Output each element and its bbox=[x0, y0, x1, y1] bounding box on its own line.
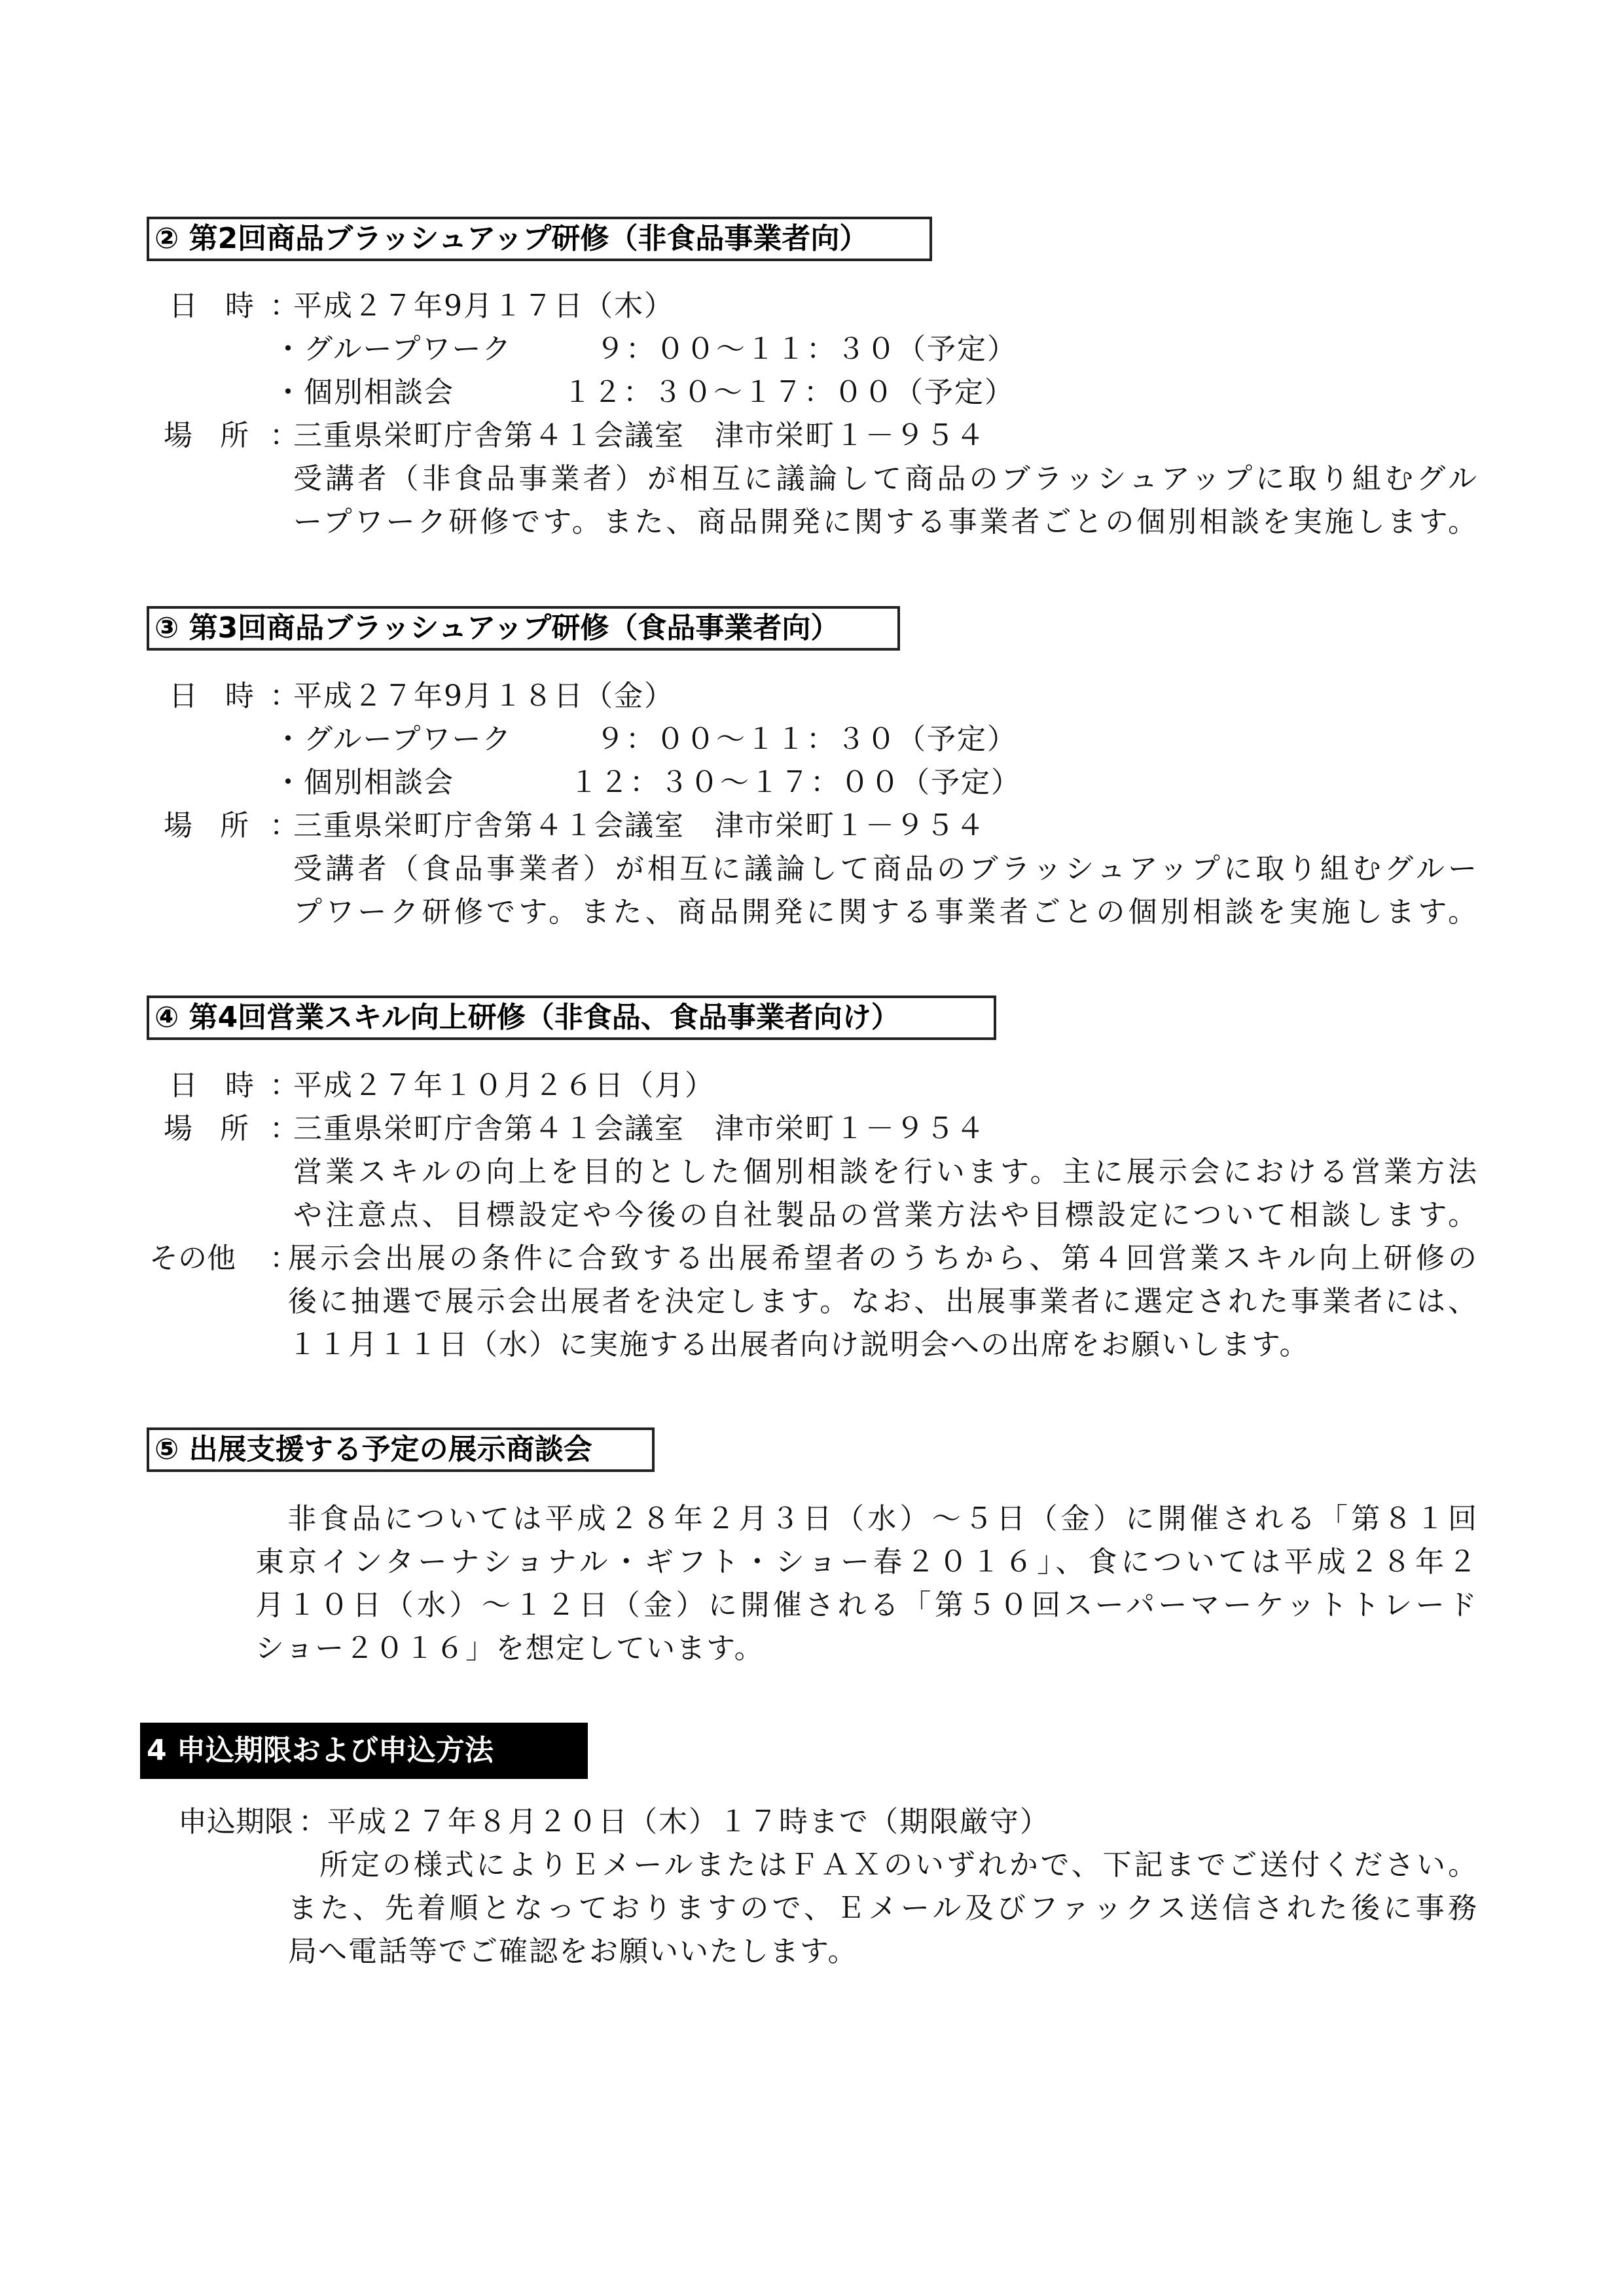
place-value: 三重県栄町庁舎第４１会議室 津市栄町１－９５４ bbox=[293, 808, 986, 844]
deadline-label: 申込期限 bbox=[178, 1804, 293, 1840]
paragraph-line: 非食品については平成２８年２月３日（水）～５日（金）に開催される「第８１回 bbox=[255, 1501, 1478, 1537]
schedule-name: ・個別相談会 bbox=[274, 764, 454, 801]
place-value: 三重県栄町庁舎第４１会議室 津市栄町１－９５４ bbox=[293, 418, 986, 454]
section-heading-5: ⑤ 出展支援する予定の展示商談会 bbox=[147, 1427, 655, 1472]
paragraph-line: 東京インターナショナル・ギフト・ショー春２０１６」、食については平成２８年２ bbox=[255, 1544, 1478, 1581]
description-line: 営業スキルの向上を目的とした個別相談を行います。主に展示会における営業方法 bbox=[293, 1154, 1478, 1191]
other-line: 展示会出展の条件に合致する出展希望者のうちから、第４回営業スキル向上研修の bbox=[288, 1240, 1478, 1277]
date-label: 日 時 bbox=[169, 288, 263, 325]
paragraph-line: 月１０日（水）～１２日（金）に開催される「第５０回スーパーマーケットトレード bbox=[255, 1587, 1478, 1624]
document-page: ② 第2回商品ブラッシュアップ研修（非食品事業者向） 日 時 ： 平成２７年9月… bbox=[0, 0, 1624, 2296]
application-line: 所定の様式によりＥメールまたはＦＡＸのいずれかで、下記までご送付ください。 bbox=[288, 1847, 1478, 1884]
description-line: や注意点、目標設定や今後の自社製品の営業方法や目標設定について相談します。 bbox=[293, 1197, 1478, 1234]
date-label: 日 時 bbox=[169, 1067, 263, 1104]
date-value: 平成２７年１０月２６日（月） bbox=[293, 1067, 715, 1104]
description-line: ープワーク研修です。また、商品開発に関する事業者ごとの個別相談を実施します。 bbox=[293, 504, 1478, 541]
date-label: 日 時 bbox=[169, 678, 263, 715]
date-value: 平成２７年9月１７日（木） bbox=[293, 288, 674, 325]
colon: ： bbox=[298, 1804, 327, 1840]
place-label: 場 所 bbox=[164, 808, 258, 844]
schedule-time: ９：００～１１：３０（予定） bbox=[596, 331, 1017, 368]
application-line: 局へ電話等でご確認をお願いいたします。 bbox=[288, 1933, 857, 1970]
date-value: 平成２７年9月１８日（金） bbox=[293, 678, 674, 715]
section-heading-2: ② 第2回商品ブラッシュアップ研修（非食品事業者向） bbox=[147, 217, 932, 261]
other-label: その他 bbox=[149, 1240, 236, 1277]
description-line: 受講者（食品事業者）が相互に議論して商品のブラッシュアップに取り組むグルー bbox=[293, 851, 1478, 888]
place-value: 三重県栄町庁舎第４１会議室 津市栄町１－９５４ bbox=[293, 1111, 986, 1147]
place-label: 場 所 bbox=[164, 418, 258, 454]
description-line: プワーク研修です。また、商品開発に関する事業者ごとの個別相談を実施します。 bbox=[293, 894, 1478, 931]
description-line: 受講者（非食品事業者）が相互に議論して商品のブラッシュアップに取り組むグル bbox=[293, 461, 1478, 497]
schedule-time: １２：３０～１７：００（予定） bbox=[569, 764, 1021, 801]
other-line: １１月１１日（水）に実施する出展者向け説明会への出席をお願いします。 bbox=[288, 1327, 1309, 1363]
deadline-value: 平成２７年８月２０日（木）１７時まで（期限厳守） bbox=[327, 1804, 1050, 1840]
schedule-name: ・個別相談会 bbox=[274, 374, 454, 411]
application-heading: 4 申込期限および申込方法 bbox=[140, 1723, 588, 1779]
section-heading-4: ④ 第4回営業スキル向上研修（非食品、食品事業者向け） bbox=[147, 996, 996, 1040]
application-line: また、先着順となっておりますので、Ｅメール及びファックス送信された後に事務 bbox=[288, 1890, 1478, 1927]
section-heading-3: ③ 第3回商品ブラッシュアップ研修（食品事業者向） bbox=[147, 606, 900, 651]
paragraph-line: ショー２０１６」を想定しています。 bbox=[255, 1630, 765, 1667]
schedule-name: ・グループワーク bbox=[274, 721, 512, 758]
schedule-time: ９：００～１１：３０（予定） bbox=[596, 721, 1017, 758]
other-line: 後に抽選で展示会出展者を決定します。なお、出展事業者に選定された事業者には、 bbox=[288, 1283, 1478, 1320]
schedule-name: ・グループワーク bbox=[274, 331, 512, 368]
schedule-time: １２：３０～１７：００（予定） bbox=[563, 374, 1015, 411]
place-label: 場 所 bbox=[164, 1111, 258, 1147]
